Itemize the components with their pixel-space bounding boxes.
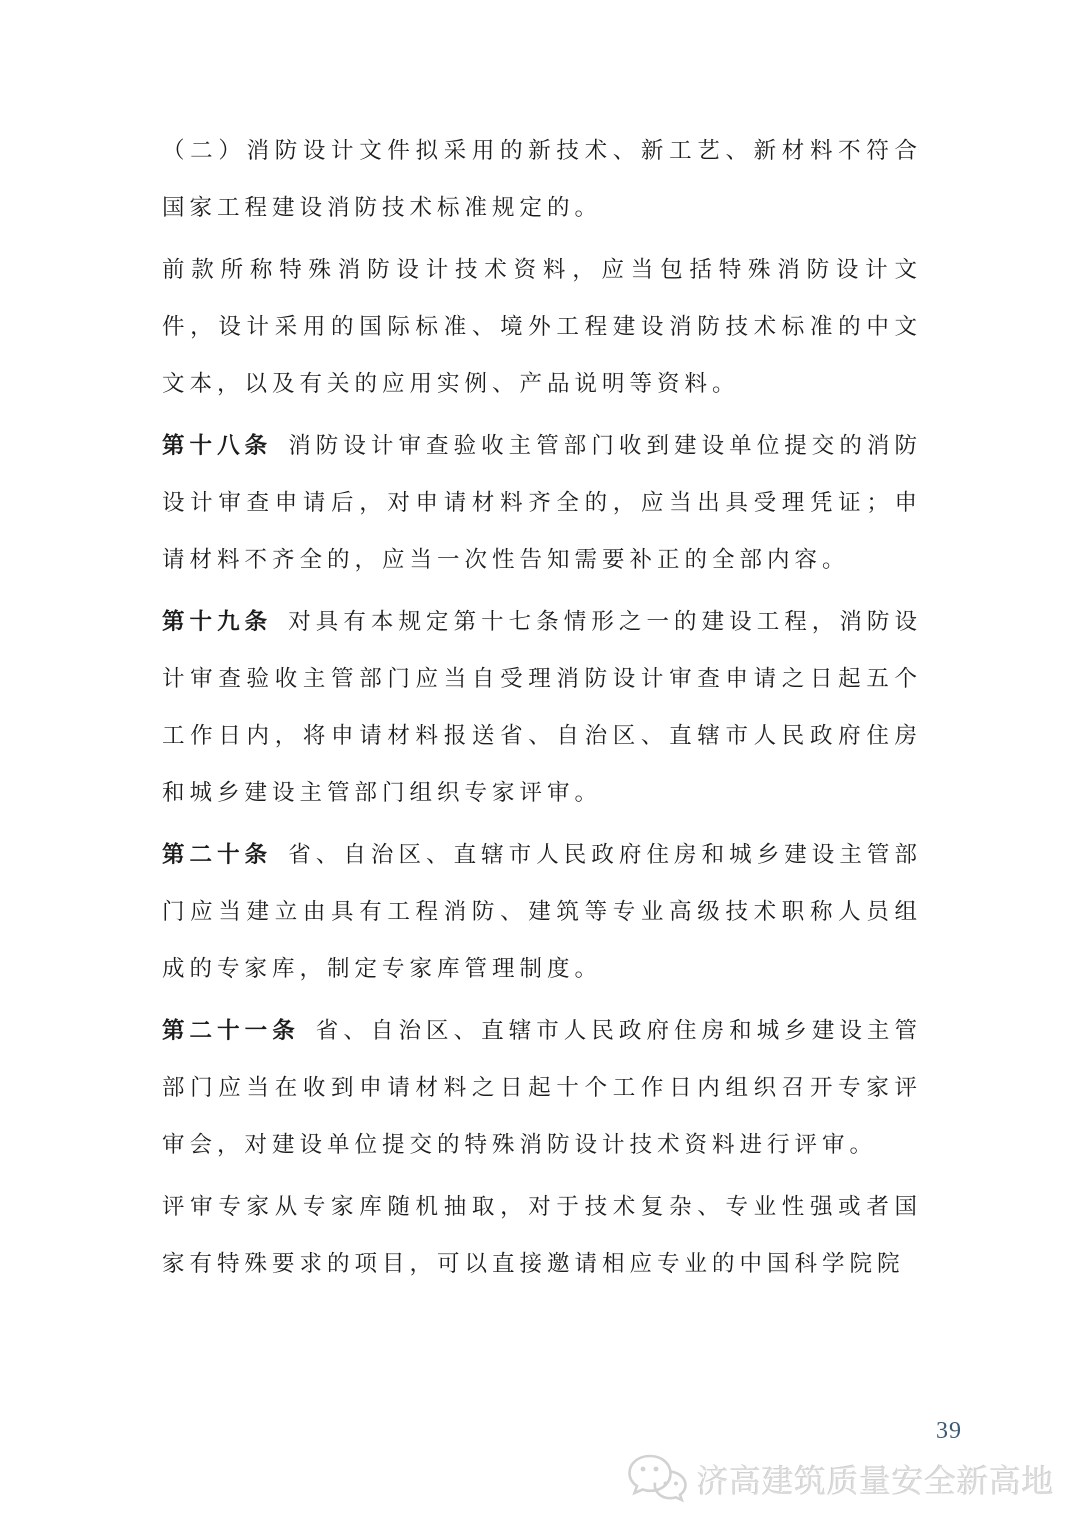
- article-20-heading: 第二十条: [162, 842, 272, 867]
- paragraph-text: 对具有本规定第十七条情形之一的建设工程，消防设计审查验收主管部门应当自受理消防设…: [162, 609, 922, 805]
- page-number: 39: [936, 1418, 962, 1445]
- paragraph-text: 前款所称特殊消防设计技术资料，应当包括特殊消防设计文件，设计采用的国际标准、境外…: [162, 257, 922, 396]
- watermark-text: 济高建筑质量安全新高地: [696, 1456, 1054, 1502]
- watermark: 济高建筑质量安全新高地: [626, 1452, 1054, 1506]
- paragraph-clause-2: （二）消防设计文件拟采用的新技术、新工艺、新材料不符合国家工程建设消防技术标准规…: [162, 122, 922, 236]
- paragraph-special-materials: 前款所称特殊消防设计技术资料，应当包括特殊消防设计文件，设计采用的国际标准、境外…: [162, 241, 922, 412]
- article-18-heading: 第十八条: [162, 433, 272, 458]
- paragraph-article-19: 第十九条对具有本规定第十七条情形之一的建设工程，消防设计审查验收主管部门应当自受…: [162, 593, 922, 821]
- paragraph-text: （二）消防设计文件拟采用的新技术、新工艺、新材料不符合国家工程建设消防技术标准规…: [162, 138, 922, 220]
- document-body: （二）消防设计文件拟采用的新技术、新工艺、新材料不符合国家工程建设消防技术标准规…: [0, 0, 1080, 1297]
- paragraph-expert-selection: 评审专家从专家库随机抽取，对于技术复杂、专业性强或者国家有特殊要求的项目，可以直…: [162, 1178, 922, 1292]
- paragraph-text: 消防设计审查验收主管部门收到建设单位提交的消防设计审查申请后，对申请材料齐全的，…: [162, 433, 922, 572]
- paragraph-article-20: 第二十条省、自治区、直辖市人民政府住房和城乡建设主管部门应当建立由具有工程消防、…: [162, 826, 922, 997]
- paragraph-article-18: 第十八条消防设计审查验收主管部门收到建设单位提交的消防设计审查申请后，对申请材料…: [162, 417, 922, 588]
- paragraph-text: 评审专家从专家库随机抽取，对于技术复杂、专业性强或者国家有特殊要求的项目，可以直…: [162, 1194, 922, 1276]
- wechat-icon: [626, 1452, 688, 1506]
- article-21-heading: 第二十一条: [162, 1018, 300, 1043]
- document-page: （二）消防设计文件拟采用的新技术、新工艺、新材料不符合国家工程建设消防技术标准规…: [0, 0, 1080, 1527]
- paragraph-article-21: 第二十一条省、自治区、直辖市人民政府住房和城乡建设主管部门应当在收到申请材料之日…: [162, 1002, 922, 1173]
- article-19-heading: 第十九条: [162, 609, 272, 634]
- paragraph-text: 省、自治区、直辖市人民政府住房和城乡建设主管部门应当建立由具有工程消防、建筑等专…: [162, 842, 922, 981]
